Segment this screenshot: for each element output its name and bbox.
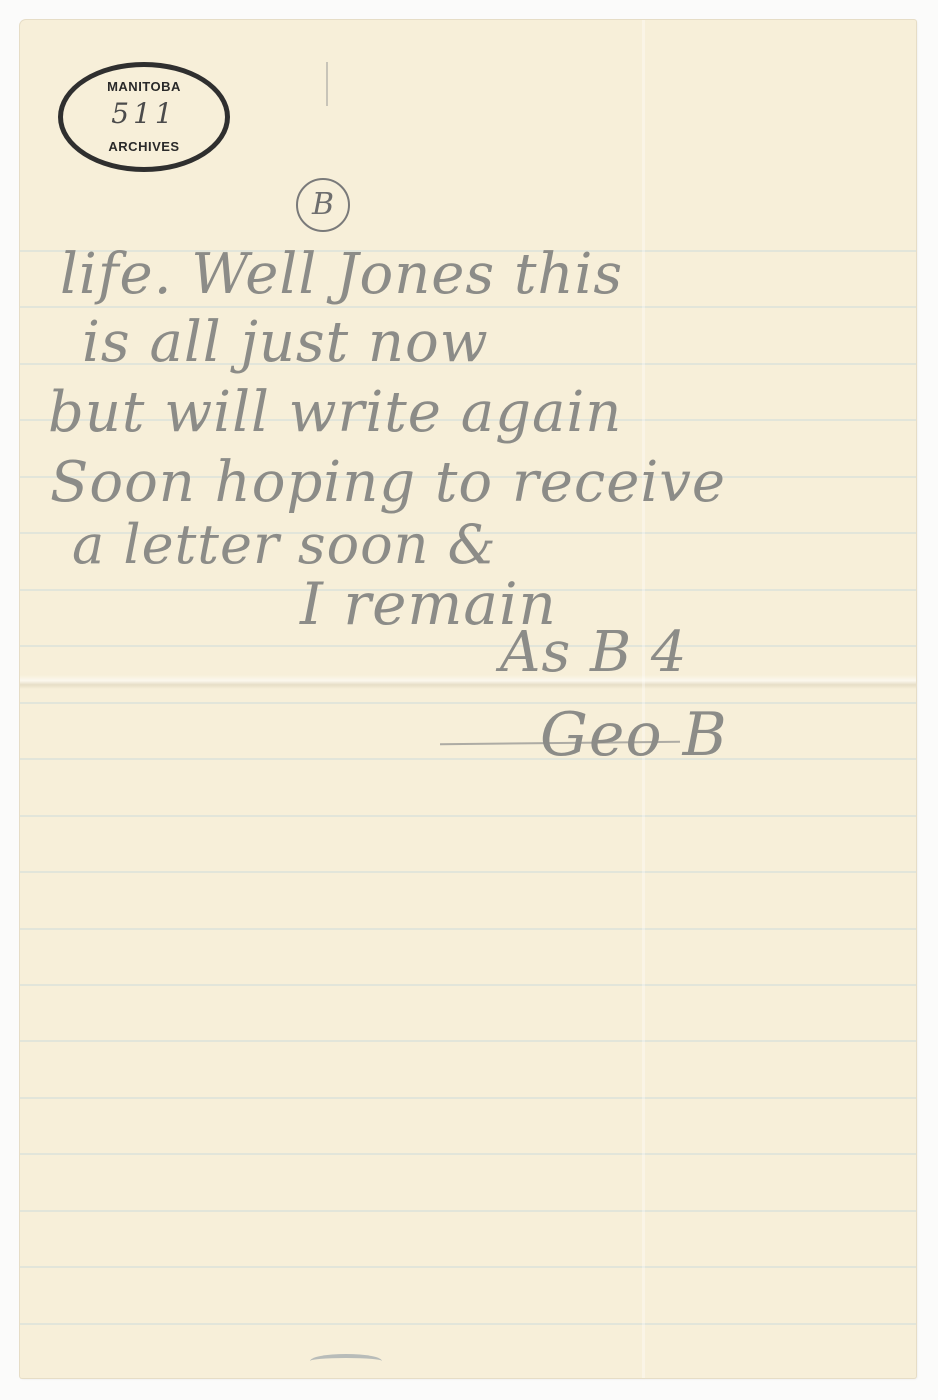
handwritten-line-4: Soon hoping to receive: [50, 450, 726, 515]
pencil-smudge: [310, 1354, 382, 1368]
letter-page: MANITOBA 511 ARCHIVES B life. Well Jones…: [20, 20, 916, 1378]
circled-page-mark: B: [296, 178, 350, 232]
ruled-line: [20, 1266, 916, 1268]
ruled-line: [20, 871, 916, 873]
handwritten-line-1: life. Well Jones this: [60, 242, 623, 307]
horizontal-fold-crease: [20, 675, 916, 689]
ruled-line: [20, 1153, 916, 1155]
ruled-line: [20, 758, 916, 760]
handwritten-line-3: but will write again: [48, 380, 622, 445]
closing-as-before: As B 4: [500, 620, 688, 685]
ruled-line: [20, 702, 916, 704]
ruled-line: [20, 815, 916, 817]
ruled-line: [20, 928, 916, 930]
ruled-line: [20, 645, 916, 647]
pencil-tick-mark: [326, 62, 328, 106]
archives-stamp: MANITOBA 511 ARCHIVES: [58, 62, 230, 172]
ruled-line: [20, 1323, 916, 1325]
stamp-number: 511: [63, 97, 225, 130]
handwritten-line-5: a letter soon &: [72, 513, 497, 576]
ruled-line: [20, 984, 916, 986]
handwritten-line-2: is all just now: [82, 310, 489, 375]
ruled-line: [20, 1097, 916, 1099]
signature: Geo B: [540, 700, 728, 770]
stamp-bottom-text: ARCHIVES: [63, 139, 225, 154]
ruled-line: [20, 1210, 916, 1212]
stamp-top-text: MANITOBA: [63, 79, 225, 94]
ruled-line: [20, 1040, 916, 1042]
vertical-fold-crease: [642, 20, 645, 1378]
